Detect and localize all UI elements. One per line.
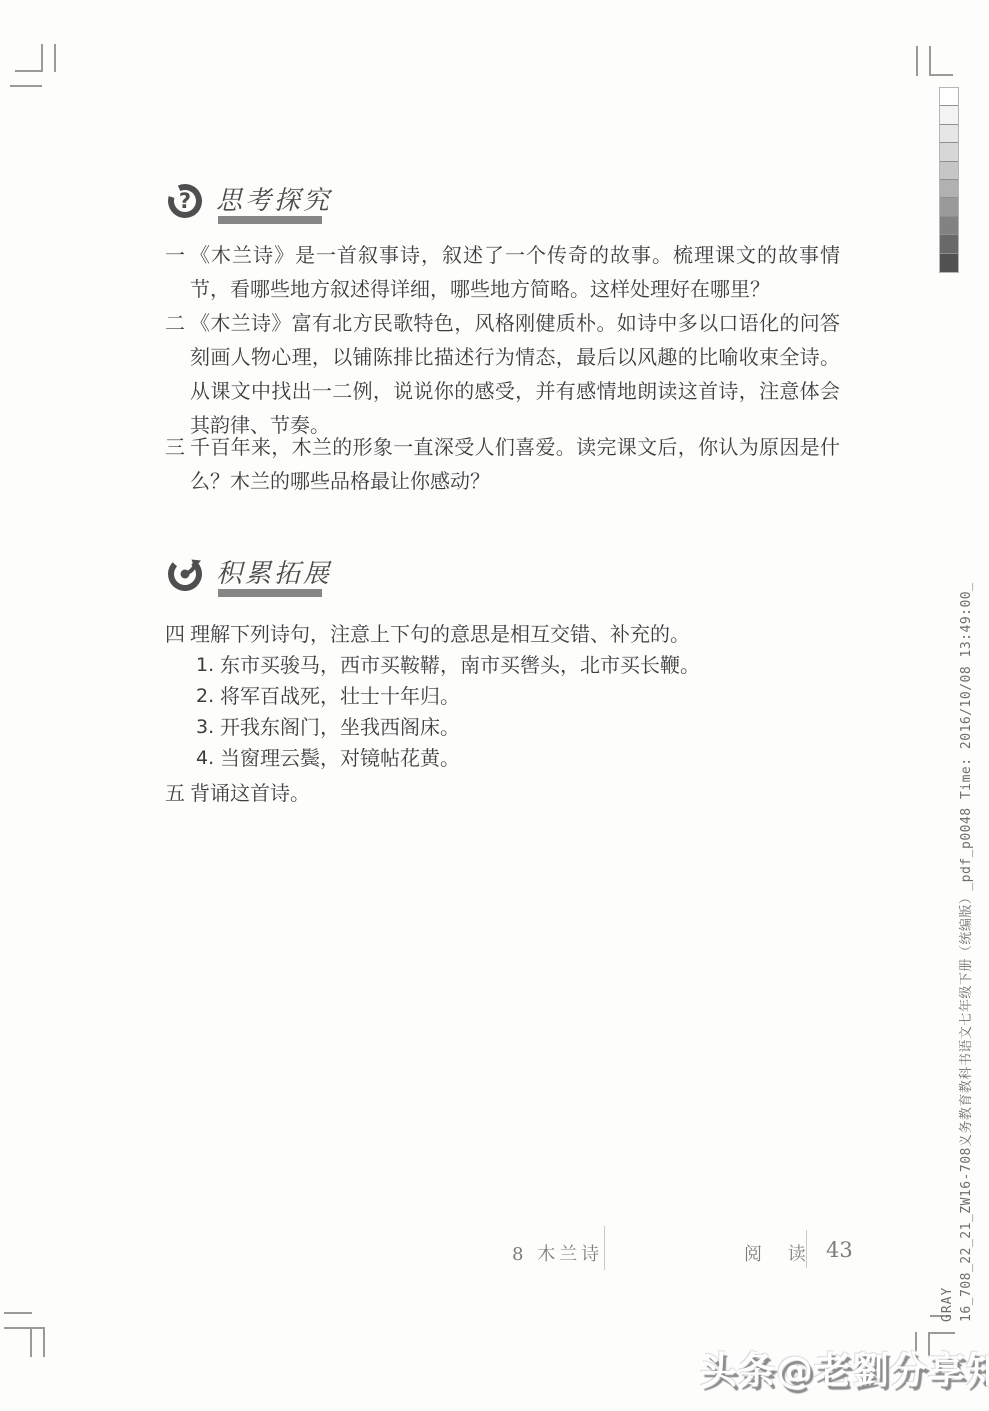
grayscale-step [940, 198, 958, 216]
crop-mark [929, 74, 953, 76]
print-slug-gray-label: GRAY [940, 1287, 955, 1322]
lesson-number: 8 [512, 1244, 527, 1265]
print-slug-text: 16_708_22_21_ZW16-708义务教育教科书语文七年级下册（统编版）… [955, 583, 974, 1322]
question-number: 五 [165, 776, 185, 810]
list-number: 2. [196, 681, 214, 711]
question-text: 背诵这首诗。 [190, 776, 840, 810]
poem-line-item: 3. 开我东阁门，坐我西阁床。 [196, 712, 876, 742]
crop-mark [10, 85, 42, 87]
grayscale-step [940, 254, 958, 272]
poem-line-item: 1. 东市买骏马，西市买鞍鞯，南市买辔头，北市买长鞭。 [196, 650, 876, 680]
grayscale-step [940, 88, 958, 106]
svg-text:?: ? [179, 189, 191, 213]
poem-line-item: 4. 当窗理云鬓，对镜帖花黄。 [196, 743, 876, 773]
footer-divider [604, 1226, 605, 1270]
crop-mark [4, 1312, 32, 1314]
section-title: 思考探究 [216, 180, 332, 217]
question-circle-icon: ? [166, 182, 204, 220]
list-number: 3. [196, 712, 214, 742]
question-number: 一 [165, 238, 185, 272]
section-underline [218, 216, 322, 224]
lesson-title: 木兰诗 [537, 1244, 603, 1265]
section-underline [218, 589, 322, 597]
poem-line-text: 开我东阁门，坐我西阁床。 [220, 715, 460, 739]
poem-line-text: 将军百战死，壮士十年归。 [220, 684, 460, 708]
footer-divider [806, 1230, 807, 1268]
question-text: 《木兰诗》富有北方民歌特色，风格刚健质朴。如诗中多以口语化的问答刻画人物心理，以… [190, 306, 840, 442]
crop-mark [929, 46, 931, 76]
grayscale-step [940, 217, 958, 235]
question-text: 千百年来，木兰的形象一直深受人们喜爱。读完课文后，你认为原因是什么？木兰的哪些品… [190, 430, 840, 498]
textbook-page: ? 思考探究 一 《木兰诗》是一首叙事诗，叙述了一个传奇的故事。梳理课文的故事情… [0, 0, 989, 1411]
crop-mark [41, 44, 43, 72]
question-item: 四 理解下列诗句，注意上下句的意思是相互交错、补充的。 [165, 617, 855, 651]
question-item: 三 千百年来，木兰的形象一直深受人们喜爱。读完课文后，你认为原因是什么？木兰的哪… [165, 430, 855, 498]
poem-line-text: 东市买骏马，西市买鞍鞯，南市买辔头，北市买长鞭。 [220, 653, 700, 677]
crop-mark [54, 44, 56, 72]
question-text: 《木兰诗》是一首叙事诗，叙述了一个传奇的故事。梳理课文的故事情节，看哪些地方叙述… [190, 238, 840, 306]
question-item: 五 背诵这首诗。 [165, 776, 855, 810]
grayscale-step [940, 106, 958, 124]
question-item: 一 《木兰诗》是一首叙事诗，叙述了一个传奇的故事。梳理课文的故事情节，看哪些地方… [165, 238, 855, 306]
question-number: 三 [165, 430, 185, 464]
list-number: 1. [196, 650, 214, 680]
question-number: 四 [165, 617, 185, 651]
crop-mark [30, 1329, 32, 1357]
crop-mark [4, 1327, 45, 1329]
crop-mark [43, 1327, 45, 1357]
page-footer: 8 木兰诗 阅 读 43 [0, 1240, 989, 1280]
grayscale-bar [940, 88, 958, 272]
question-number: 二 [165, 306, 185, 340]
grayscale-step [940, 143, 958, 161]
grayscale-step [940, 180, 958, 198]
footer-section-label: 阅 读 [744, 1240, 816, 1266]
list-number: 4. [196, 743, 214, 773]
poem-line-item: 2. 将军百战死，壮士十年归。 [196, 681, 876, 711]
page-number: 43 [826, 1238, 853, 1262]
poem-line-text: 当窗理云鬓，对镜帖花黄。 [220, 746, 460, 770]
grayscale-step [940, 235, 958, 253]
crop-mark [15, 70, 43, 72]
crop-mark [928, 1332, 955, 1334]
grayscale-step [940, 162, 958, 180]
question-text: 理解下列诗句，注意上下句的意思是相互交错、补充的。 [190, 617, 840, 651]
question-item: 二 《木兰诗》富有北方民歌特色，风格刚健质朴。如诗中多以口语化的问答刻画人物心理… [165, 306, 855, 442]
circular-arrow-icon [166, 555, 204, 593]
section-title: 积累拓展 [216, 553, 332, 590]
watermark-text: 头条@老劉分享知识 [700, 1340, 989, 1394]
lesson-label: 8 木兰诗 [512, 1240, 603, 1266]
crop-mark [916, 46, 918, 76]
grayscale-step [940, 125, 958, 143]
